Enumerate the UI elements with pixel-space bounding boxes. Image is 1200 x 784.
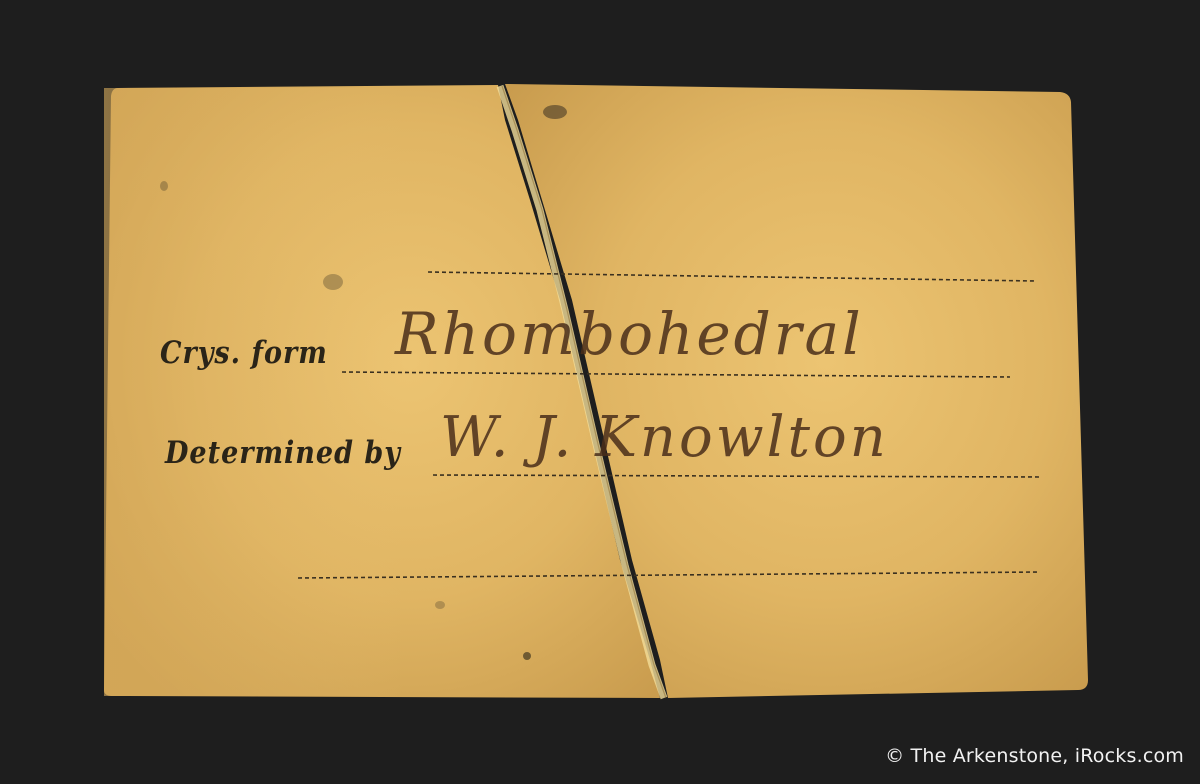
specimen-label: Crys. form Rhombohedral Determined by W.…	[0, 0, 1200, 784]
label-paper	[0, 0, 1200, 784]
copyright-credit: © The Arkenstone, iRocks.com	[885, 745, 1184, 767]
crys-form-label: Crys. form	[160, 335, 328, 371]
determined-by-label: Determined by	[165, 435, 401, 471]
crys-form-value: Rhombohedral	[395, 300, 864, 368]
determined-by-value: W. J. Knowlton	[440, 405, 889, 470]
